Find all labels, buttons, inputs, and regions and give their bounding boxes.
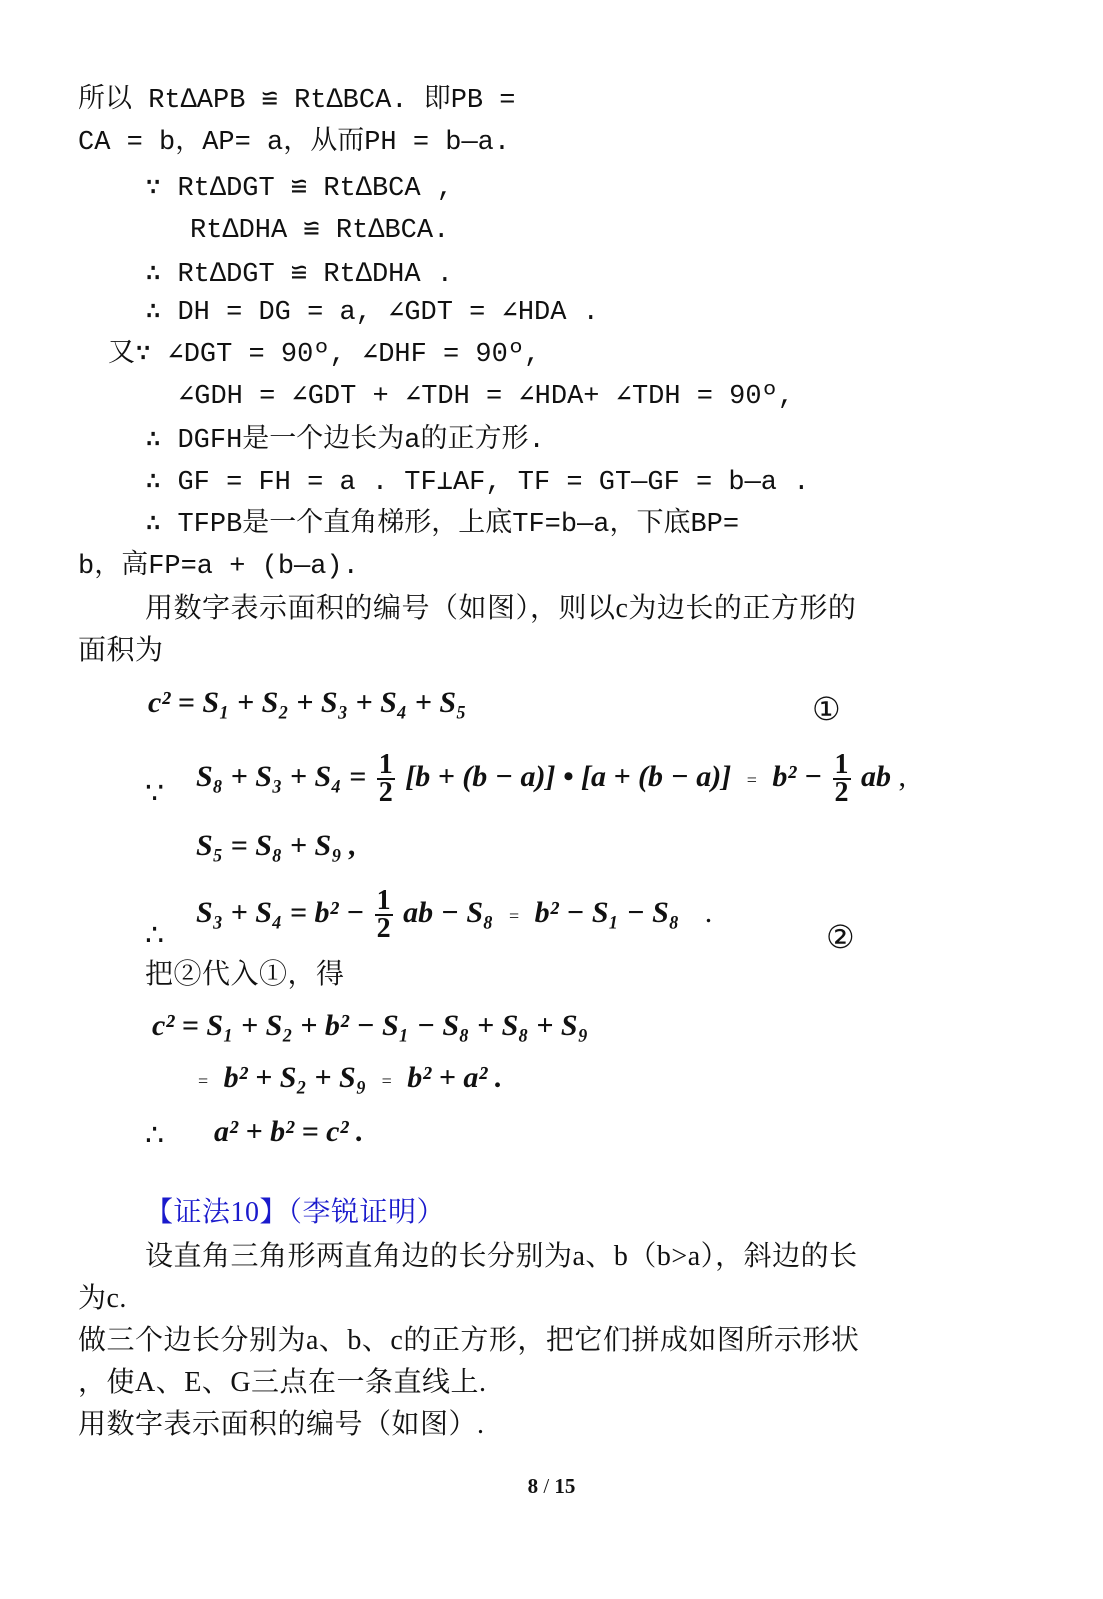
proof-line: CA = b，AP= a，从而PH = b—a. (78, 126, 510, 160)
equation-4: S₃ + S₄ = b² − 12 ab − S₈ = b² − S₁ − S₈… (196, 888, 712, 942)
proof-line: 用数字表示面积的编号（如图），则以c为边长的正方形的 (145, 592, 856, 626)
paragraph-line: 做三个边长分别为a、b、c的正方形，把它们拼成如图所示形状 (78, 1324, 859, 1358)
equation-4-rhs: b² − S₁ − S₈ (535, 896, 680, 929)
equation-2-rhs: b² − (772, 760, 822, 793)
proof-line: Rt∆DHA ≌ Rt∆BCA. (190, 214, 449, 248)
equation-4-lhs: S₃ + S₄ = b² − (196, 896, 364, 929)
period: . (705, 896, 713, 929)
proof-line: 面积为 (78, 634, 164, 668)
fraction-half: 12 (377, 752, 395, 806)
proof-line: ∴ DH = DG = a, ∠GDT = ∠HDA . (145, 296, 599, 330)
proof-line: ∴ TFPB是一个直角梯形，上底TF=b—a，下底BP= (145, 508, 739, 542)
fraction-half: 12 (375, 888, 393, 942)
proof-line: ∴ Rt∆DGT ≌ Rt∆DHA . (145, 258, 453, 292)
fraction-half: 12 (833, 752, 851, 806)
comma: , (899, 760, 907, 793)
page-number: 8 / 15 (0, 1474, 1103, 1499)
equation-marker-1: ① (812, 690, 841, 728)
because-symbol: ∵ (145, 776, 164, 811)
proof-line: ∴ DGFH是一个边长为a的正方形. (145, 424, 545, 458)
equation-1: c² = S₁ + S₂ + S₃ + S₄ + S₅ (148, 685, 467, 721)
equation-5: c² = S₁ + S₂ + b² − S₁ − S₈ + S₈ + S₉ (152, 1008, 588, 1044)
proof-line: 又∵ ∠DGT = 90º, ∠DHF = 90º, (108, 338, 540, 372)
substitute-text: 把②代入①，得 (145, 958, 345, 992)
current-page: 8 (528, 1474, 539, 1498)
therefore-symbol: ∴ (145, 918, 164, 953)
proof-line: 所以 Rt∆APB ≌ Rt∆BCA. 即PB = (78, 84, 516, 118)
proof-line: ∠GDH = ∠GDT + ∠TDH = ∠HDA+ ∠TDH = 90º, (178, 380, 794, 414)
paragraph-line: 用数字表示面积的编号（如图）. (78, 1408, 485, 1442)
equation-2-body: [b + (b − a)] • [a + (b − a)] (405, 760, 731, 793)
equation-4-body: ab − S₈ (403, 896, 493, 929)
equals-sign: = (198, 1071, 208, 1091)
paragraph-line: 设直角三角形两直角边的长分别为a、b（b>a），斜边的长 (145, 1240, 858, 1274)
paragraph-line: ，使A、E、G三点在一条直线上. (78, 1366, 487, 1400)
equation-2-ab: ab (861, 760, 891, 793)
proof-line: ∵ Rt∆DGT ≌ Rt∆BCA , (145, 172, 453, 206)
equation-marker-2: ② (826, 918, 855, 956)
page-separator: / (543, 1474, 549, 1498)
section-heading: 【证法10】（李锐证明） (145, 1196, 445, 1230)
proof-line: b，高FP=a + (b—a). (78, 550, 359, 584)
total-pages: 15 (554, 1474, 575, 1498)
paragraph-line: 为c. (78, 1282, 127, 1316)
equation-2-lhs: S₈ + S₃ + S₄ = (196, 760, 366, 793)
equation-6-rhs: b² + a² . (407, 1061, 502, 1094)
equation-7: a² + b² = c² . (214, 1114, 364, 1150)
proof-line: ∴ GF = FH = a . TF⊥AF, TF = GT—GF = b—a … (145, 466, 809, 500)
equals-sign: = (747, 770, 757, 790)
equation-3: S₅ = S₈ + S₉ , (196, 828, 357, 864)
equation-2: S₈ + S₃ + S₄ = 12 [b + (b − a)] • [a + (… (196, 752, 906, 806)
equals-sign: = (509, 906, 519, 926)
equals-sign: = (382, 1071, 392, 1091)
equation-6: = b² + S₂ + S₉ = b² + a² . (190, 1060, 502, 1099)
equation-6-mid: b² + S₂ + S₉ (224, 1061, 366, 1094)
therefore-symbol: ∴ (145, 1118, 164, 1153)
